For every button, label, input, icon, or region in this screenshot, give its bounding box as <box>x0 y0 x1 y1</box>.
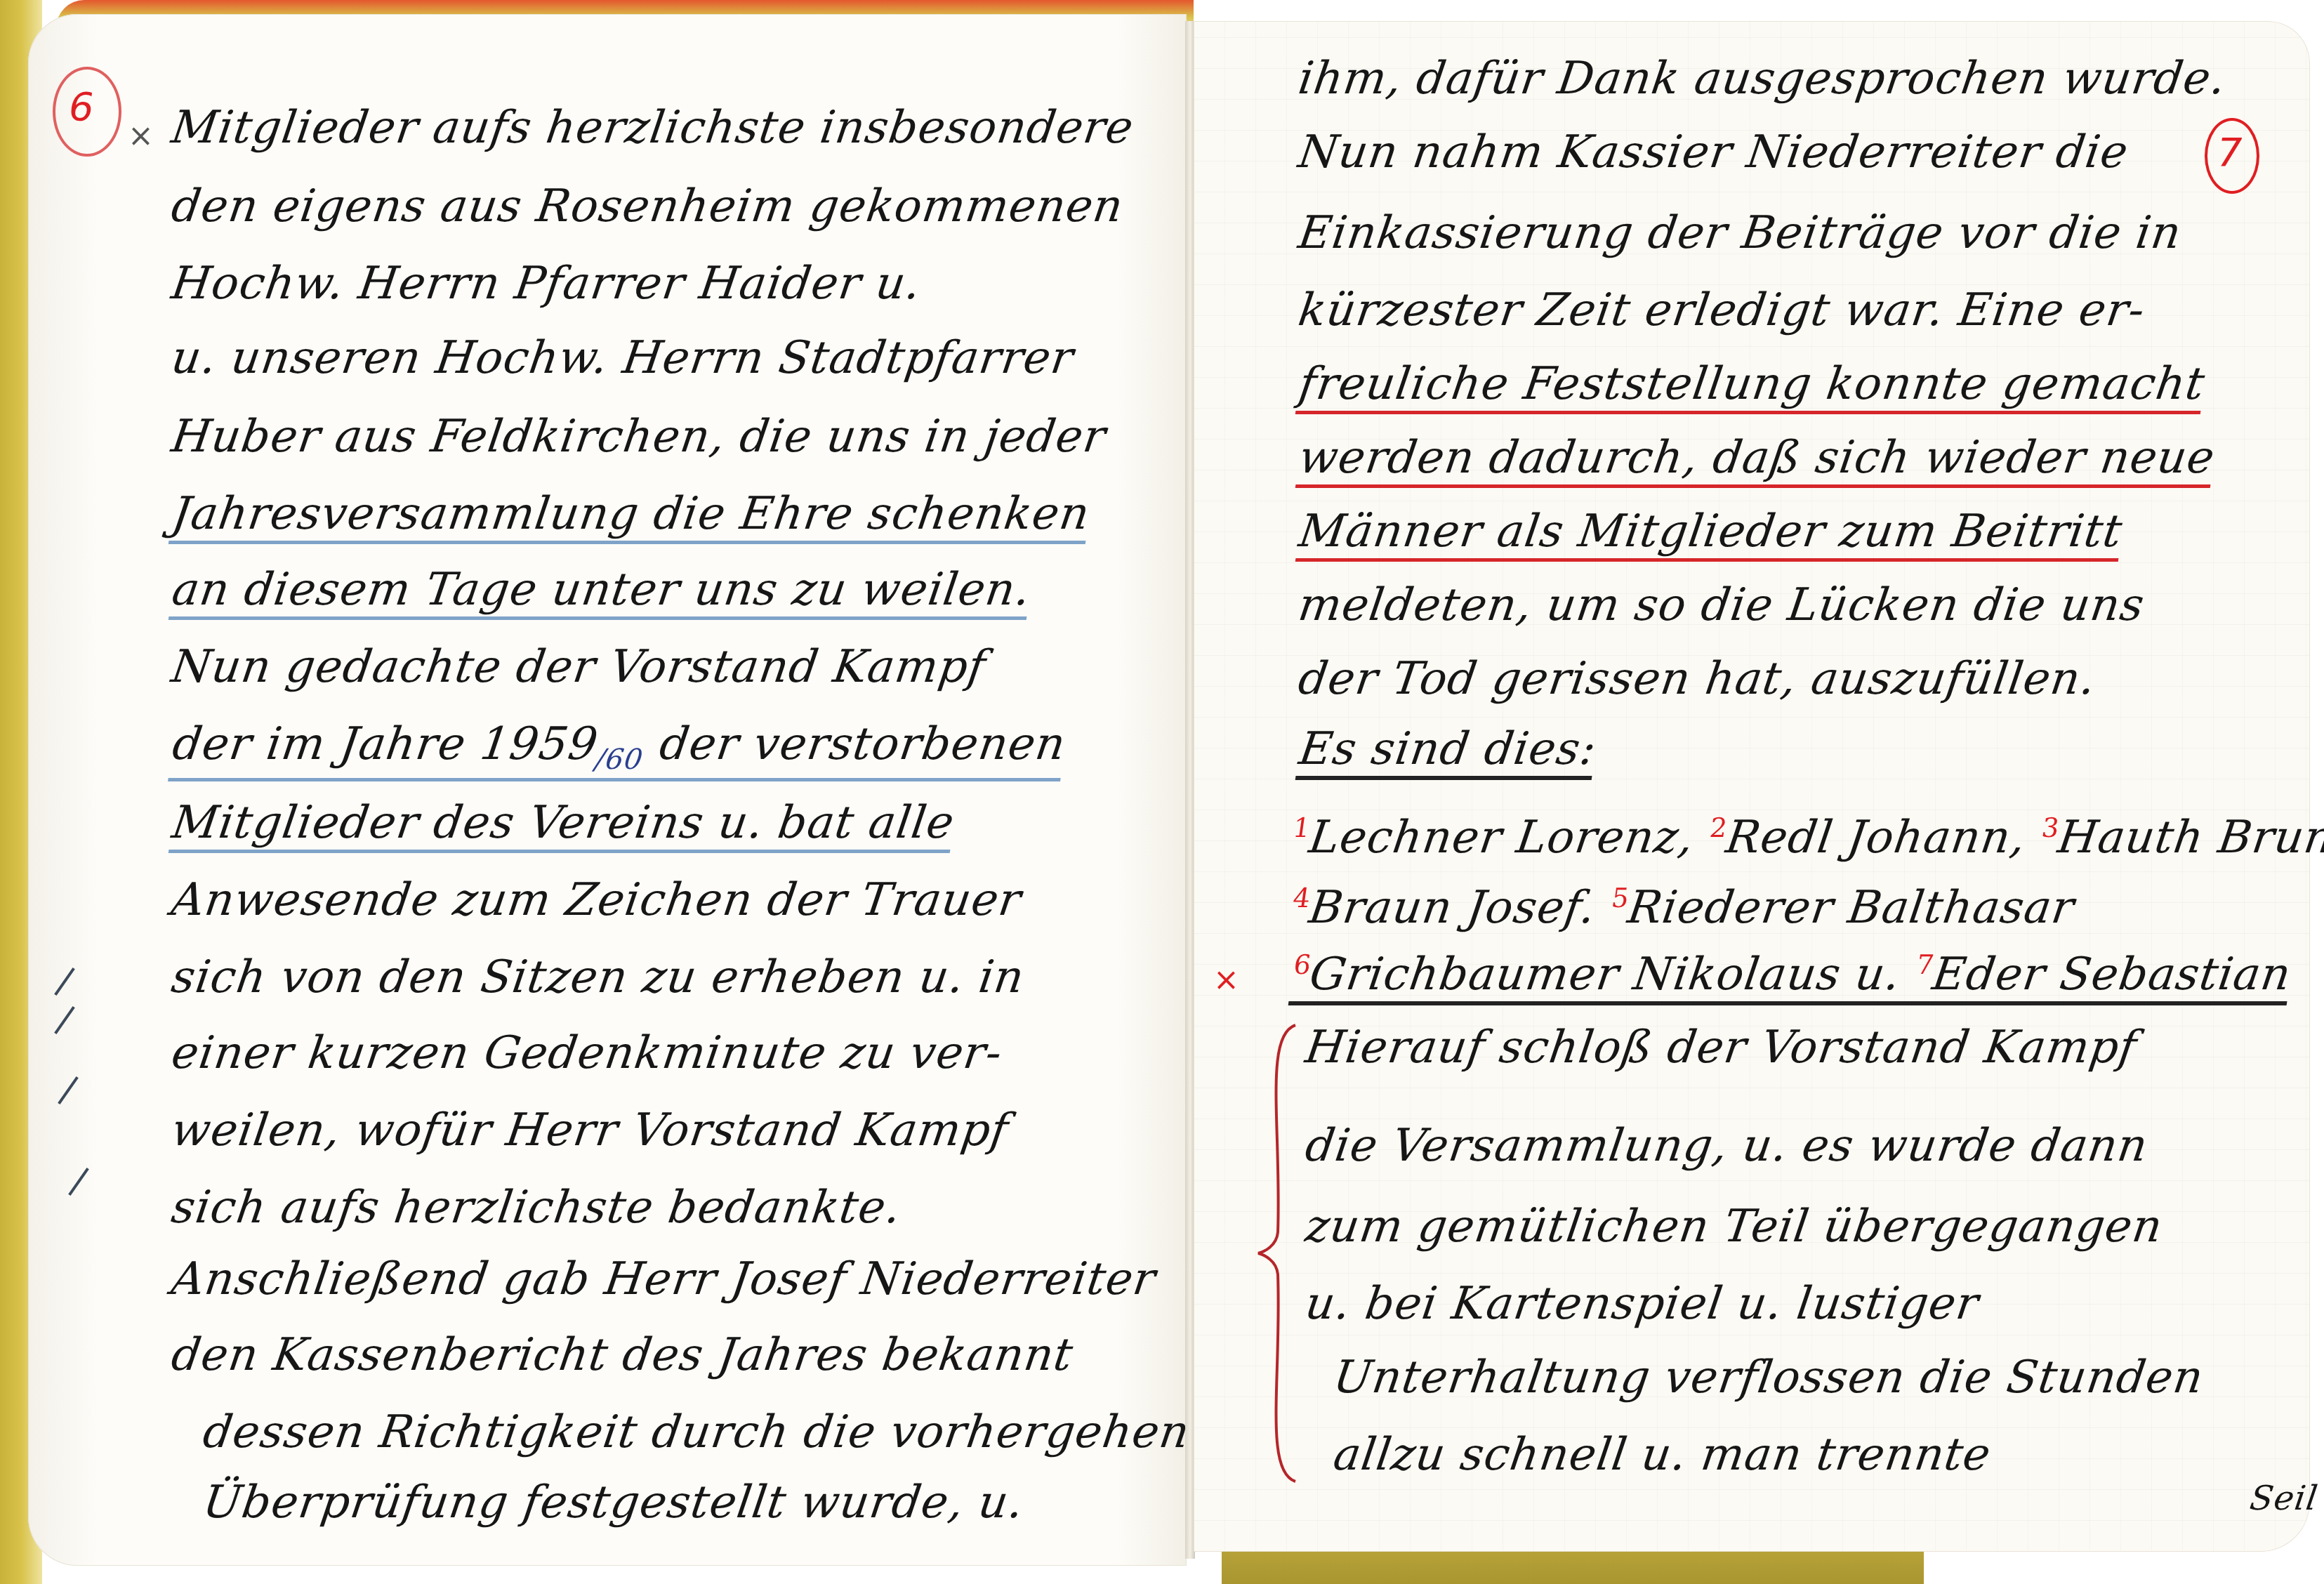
text-line: den Kassenbericht des Jahres bekannt <box>169 1333 1076 1378</box>
year-correction: /60 <box>593 744 645 776</box>
text-line: Mitglieder des Vereins u. bat alle <box>169 800 957 853</box>
member-name: Grichbaumer Nikolaus u. <box>1307 949 1904 1001</box>
text-line: dessen Richtigkeit durch die vorhergehen… <box>201 1410 1250 1455</box>
text-line: u. bei Kartenspiel u. lustiger <box>1303 1281 1982 1326</box>
text-line: weilen, wofür Herr Vorstand Kampf <box>169 1108 1012 1153</box>
margin-x-mark-red: × <box>1213 962 1239 998</box>
corner-note: Seil <box>2248 1481 2320 1515</box>
text-line: zum gemütlichen Teil übergegangen <box>1303 1204 2166 1249</box>
page-number-left: 6 <box>69 84 94 130</box>
text-line: kürzester Zeit erledigt war. Eine er- <box>1296 288 2148 333</box>
text-line: werden dadurch, daß sich wieder neue <box>1295 435 2218 488</box>
member-name: Eder Sebastian <box>1929 949 2295 1001</box>
page-number-right: 7 <box>2217 130 2243 176</box>
text-line: einer kurzen Gedenkminute zu ver- <box>169 1031 1005 1076</box>
text-line: Nun gedachte der Vorstand Kampf <box>169 645 989 689</box>
text-line: sich aufs herzlichste bedankte. <box>169 1185 904 1230</box>
member-name: Riederer Balthasar <box>1625 882 2078 934</box>
section-heading: Es sind dies: <box>1295 727 1599 780</box>
text-line: Jahresversammlung die Ehre schenken <box>169 491 1092 544</box>
text-line: der Tod gerissen hat, auszufüllen. <box>1296 656 2099 701</box>
member-name: Redl Johann <box>1723 812 2014 864</box>
text-line: Überprüfung festgestellt wurde, u. <box>201 1480 1027 1525</box>
text-line: Anschließend gab Herr Josef Niederreiter <box>169 1257 1159 1302</box>
member-list-line: 6Grichbaumer Nikolaus u. 7Eder Sebastian <box>1288 951 2295 1005</box>
text-line: sich von den Sitzen zu erheben u. in <box>169 955 1027 1000</box>
text-line: freuliche Feststellung konnte gemacht <box>1295 362 2208 414</box>
member-name: Lechner Lorenz <box>1306 812 1682 864</box>
text-line: Einkassierung der Beiträge vor die in <box>1296 211 2184 256</box>
member-list-line: 1Lechner Lorenz, 2Redl Johann, 3Hauth Br… <box>1288 814 2324 860</box>
text-line: Anwesende zum Zeichen der Trauer <box>169 878 1024 923</box>
text-line: Huber aus Feldkirchen, die uns in jeder <box>169 414 1109 459</box>
member-name: Braun Josef <box>1306 882 1584 934</box>
text-line: Hierauf schloß der Vorstand Kampf <box>1303 1025 2140 1070</box>
text-line: Männer als Mitglieder zum Beitritt <box>1295 509 2125 562</box>
member-name: Hauth Bruno <box>2054 812 2324 864</box>
text-line: meldeten, um so die Lücken die uns <box>1296 583 2148 628</box>
text-line: allzu schnell u. man trennte <box>1331 1432 1994 1477</box>
text-line: den eigens aus Rosenheim gekommenen <box>169 184 1127 229</box>
margin-x-mark: × <box>128 118 154 154</box>
member-list-line: 4Braun Josef. 5Riederer Balthasar <box>1288 885 2077 930</box>
curly-brace-icon <box>1257 1022 1299 1485</box>
text-line: Mitglieder aufs herzlichste insbesondere <box>169 105 1137 150</box>
text-line: ihm, dafür Dank ausgesprochen wurde. <box>1296 56 2229 101</box>
text-line: u. unseren Hochw. Herrn Stadtpfarrer <box>169 336 1077 381</box>
text-line: Hochw. Herrn Pfarrer Haider u. <box>169 261 924 306</box>
text-line: Nun nahm Kassier Niederreiter die <box>1296 130 2132 175</box>
text-line: Unterhaltung verflossen die Stunden <box>1331 1355 2207 1400</box>
text-line: der im Jahre 1959/60 der verstorbenen <box>168 722 1069 781</box>
text-line: an diesem Tage unter uns zu weilen. <box>169 567 1034 620</box>
text-line: die Versammlung, u. es wurde dann <box>1303 1123 2151 1168</box>
